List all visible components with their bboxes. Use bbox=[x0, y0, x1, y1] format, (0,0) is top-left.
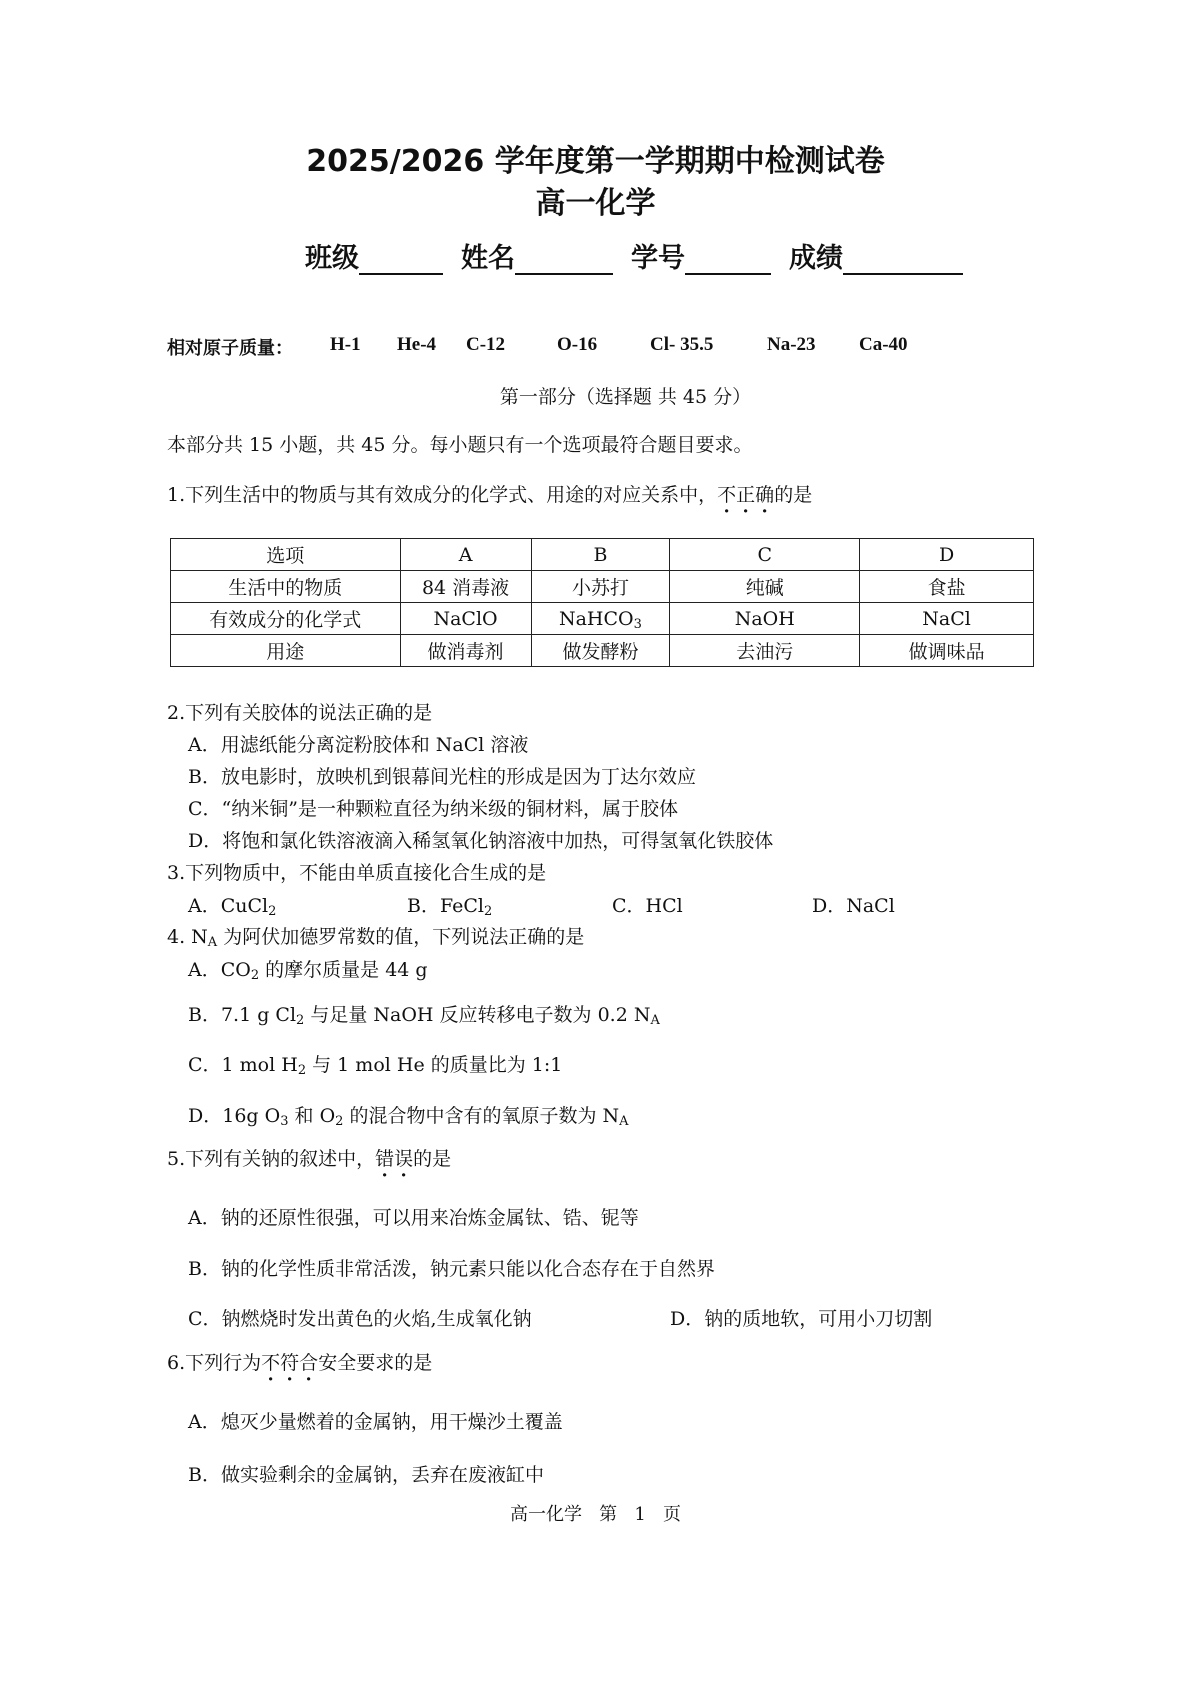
question-5-stem: 5.下列有关钠的叙述中，错误的是 bbox=[167, 1144, 451, 1171]
table-cell: NaOH bbox=[670, 603, 860, 635]
class-field[interactable] bbox=[359, 247, 443, 275]
part1-heading: 第一部分（选择题 共 45 分） bbox=[0, 382, 1191, 409]
question-6-option-b[interactable]: B．做实验剩余的金属钠，丢弃在废液缸中 bbox=[188, 1460, 544, 1487]
question-6-option-a[interactable]: A．熄灭少量燃着的金属钠，用干燥沙土覆盖 bbox=[188, 1407, 563, 1434]
table-cell: 选项 bbox=[171, 539, 401, 571]
table-row: 生活中的物质 84 消毒液 小苏打 纯碱 食盐 bbox=[171, 571, 1034, 603]
table-cell: 用途 bbox=[171, 635, 401, 667]
question-4-option-a[interactable]: A．CO2 的摩尔质量是 44 g bbox=[188, 955, 428, 982]
table-cell: D bbox=[860, 539, 1034, 571]
question-5-option-b[interactable]: B．钠的化学性质非常活泼，钠元素只能以化合态存在于自然界 bbox=[188, 1254, 715, 1281]
exam-subtitle: 高一化学 bbox=[0, 178, 1191, 222]
question-5-option-a[interactable]: A．钠的还原性很强，可以用来冶炼金属钛、锆、铌等 bbox=[188, 1203, 639, 1230]
name-label: 姓名 bbox=[461, 236, 515, 275]
question-2-option-d[interactable]: D．将饱和氯化铁溶液滴入稀氢氧化钠溶液中加热，可得氢氧化铁胶体 bbox=[188, 826, 773, 853]
table-cell: 食盐 bbox=[860, 571, 1034, 603]
question-2-option-b[interactable]: B．放电影时，放映机到银幕间光柱的形成是因为丁达尔效应 bbox=[188, 762, 696, 789]
table-cell: 做消毒剂 bbox=[400, 635, 531, 667]
question-2-option-c[interactable]: C．“纳米铜”是一种颗粒直径为纳米级的铜材料，属于胶体 bbox=[188, 794, 678, 821]
table-cell: 去油污 bbox=[670, 635, 860, 667]
name-field[interactable] bbox=[515, 247, 613, 275]
question-2-option-a[interactable]: A．用滤纸能分离淀粉胶体和 NaCl 溶液 bbox=[188, 730, 528, 757]
question-3-option-b[interactable]: B．FeCl2 bbox=[407, 891, 492, 918]
student-id-label: 学号 bbox=[631, 236, 685, 275]
exam-title: 2025/2026 学年度第一学期期中检测试卷 bbox=[0, 136, 1191, 180]
table-cell: 84 消毒液 bbox=[400, 571, 531, 603]
score-field[interactable] bbox=[843, 247, 963, 275]
question-3-option-a[interactable]: A．CuCl2 bbox=[188, 891, 276, 918]
table-cell: NaCl bbox=[860, 603, 1034, 635]
question-3-stem: 3.下列物质中，不能由单质直接化合生成的是 bbox=[167, 858, 546, 885]
table-cell: NaClO bbox=[400, 603, 531, 635]
table-cell: 生活中的物质 bbox=[171, 571, 401, 603]
question-4-option-b[interactable]: B．7.1 g Cl2 与足量 NaOH 反应转移电子数为 0.2 NA bbox=[188, 1000, 660, 1027]
question-3-option-c[interactable]: C．HCl bbox=[612, 891, 683, 918]
table-row: 有效成分的化学式 NaClO NaHCO3 NaOH NaCl bbox=[171, 603, 1034, 635]
student-id-field[interactable] bbox=[685, 247, 771, 275]
table-cell: B bbox=[531, 539, 670, 571]
question-3-option-d[interactable]: D．NaCl bbox=[812, 891, 895, 918]
atomic-mass-he: He-4 bbox=[397, 334, 436, 356]
question-4-option-c[interactable]: C．1 mol H2 与 1 mol He 的质量比为 1:1 bbox=[188, 1050, 562, 1077]
class-label: 班级 bbox=[305, 236, 359, 275]
table-cell-nahco3: NaHCO3 bbox=[531, 603, 670, 635]
atomic-mass-ca: Ca-40 bbox=[859, 334, 908, 356]
atomic-mass-o: O-16 bbox=[557, 334, 597, 356]
atomic-mass-na: Na-23 bbox=[767, 334, 816, 356]
table-row: 选项 A B C D bbox=[171, 539, 1034, 571]
table-cell: 小苏打 bbox=[531, 571, 670, 603]
table-cell: 做调味品 bbox=[860, 635, 1034, 667]
atomic-mass-c: C-12 bbox=[466, 334, 505, 356]
part1-instructions: 本部分共 15 小题，共 45 分。每小题只有一个选项最符合题目要求。 bbox=[167, 430, 753, 457]
table-row: 用途 做消毒剂 做发酵粉 去油污 做调味品 bbox=[171, 635, 1034, 667]
atomic-mass-h: H-1 bbox=[330, 334, 361, 356]
table-cell: 纯碱 bbox=[670, 571, 860, 603]
question-2-stem: 2.下列有关胶体的说法正确的是 bbox=[167, 698, 432, 725]
question-4-option-d[interactable]: D．16g O3 和 O2 的混合物中含有的氧原子数为 NA bbox=[188, 1101, 629, 1128]
question-1-stem: 1.下列生活中的物质与其有效成分的化学式、用途的对应关系中，不正确的是 bbox=[167, 480, 812, 507]
question-6-stem: 6.下列行为不符合安全要求的是 bbox=[167, 1348, 432, 1375]
page-footer: 高一化学 第 1 页 bbox=[0, 1500, 1191, 1526]
atomic-mass-cl: Cl- 35.5 bbox=[650, 334, 713, 356]
table-cell: 做发酵粉 bbox=[531, 635, 670, 667]
question-4-stem: 4. NA 为阿伏加德罗常数的值，下列说法正确的是 bbox=[167, 922, 584, 949]
question-5-option-d[interactable]: D．钠的质地软，可用小刀切割 bbox=[670, 1304, 932, 1331]
student-info-row: 班级 姓名 学号 成绩 bbox=[305, 236, 963, 275]
table-cell: 有效成分的化学式 bbox=[171, 603, 401, 635]
question-5-option-c[interactable]: C．钠燃烧时发出黄色的火焰,生成氧化钠 bbox=[188, 1304, 532, 1331]
atomic-masses-label: 相对原子质量： bbox=[167, 334, 293, 360]
table-cell: A bbox=[400, 539, 531, 571]
table-cell: C bbox=[670, 539, 860, 571]
score-label: 成绩 bbox=[789, 236, 843, 275]
question-1-table: 选项 A B C D 生活中的物质 84 消毒液 小苏打 纯碱 食盐 有效成分的… bbox=[170, 538, 1034, 667]
atomic-masses: 相对原子质量： H-1 He-4 C-12 O-16 Cl- 35.5 Na-2… bbox=[167, 334, 967, 358]
